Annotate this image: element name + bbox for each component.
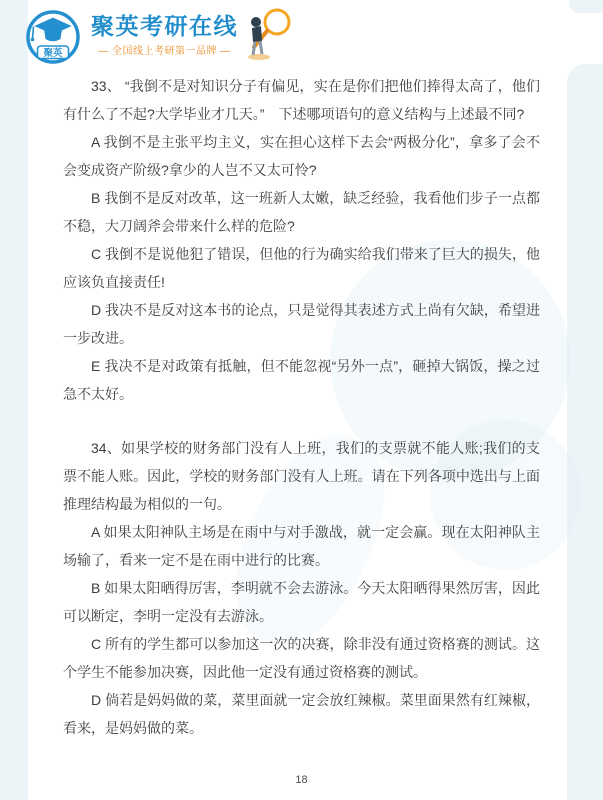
page-margin-right: [567, 64, 603, 800]
page-number: 18: [295, 774, 307, 786]
brand-text-block: 聚英考研在线 — 全国线上考研第一品牌 —: [91, 6, 238, 57]
brand-title: 聚英考研在线: [91, 13, 238, 39]
question-34-stem: 34、如果学校的财务部门没有人上班，我们的支票就不能人账;我们的支票不能人账。因…: [63, 434, 540, 518]
brand-tagline: — 全国线上考研第一品牌 —: [91, 42, 238, 57]
question-33-option-a: A 我倒不是主张平均主义，实在担心这样下去会“两极分化”，拿多了会不会变成资产阶…: [63, 128, 540, 184]
question-33-option-e: E 我决不是对政策有抵触，但不能忽视“另外一点”，砸掉大锅饭，操之过急不太好。: [63, 352, 540, 408]
question-34-option-b: B 如果太阳晒得厉害，李明就不会去游泳。今天太阳晒得果然厉害，因此可以断定，李明…: [63, 574, 540, 630]
magnifier-mascot-icon: [243, 7, 295, 63]
question-33-option-b: B 我倒不是反对改革，这一班新人太嫩，缺乏经验，我看他们步子一点都不稳，大刀阔斧…: [63, 184, 540, 240]
question-34-option-a: A 如果太阳神队主场是在雨中与对手激战，就一定会赢。现在太阳神队主场输了，看来一…: [63, 518, 540, 574]
page-margin-corner: [569, 0, 603, 13]
svg-text:聚英: 聚英: [43, 47, 63, 59]
page-footer: 18: [0, 774, 603, 786]
question-33-option-c: C 我倒不是说他犯了错误，但他的行为确实给我们带来了巨大的损失，他应该负直接责任…: [63, 240, 540, 296]
question-33-option-d: D 我决不是反对这本书的论点，只是觉得其表述方式上尚有欠缺，希望进一步改进。: [63, 296, 540, 352]
graduation-cap-logo-icon: 聚英: [24, 6, 82, 66]
question-34-option-d: D 倘若是妈妈做的菜，菜里面就一定会放红辣椒。菜里面果然有红辣椒，看来，是妈妈做…: [63, 686, 540, 742]
question-33-stem: 33、 “我倒不是对知识分子有偏见，实在是你们把他们捧得太高了，他们有什么了不起…: [63, 72, 540, 128]
question-34-option-c: C 所有的学生都可以参加这一次的决赛，除非没有通过资格赛的测试。这个学生不能参加…: [63, 630, 540, 686]
page-margin-left: [0, 0, 28, 800]
question-content: 33、 “我倒不是对知识分子有偏见，实在是你们把他们捧得太高了，他们有什么了不起…: [63, 72, 540, 742]
brand-header: 聚英 聚英考研在线 — 全国线上考研第一品牌 —: [24, 6, 295, 66]
